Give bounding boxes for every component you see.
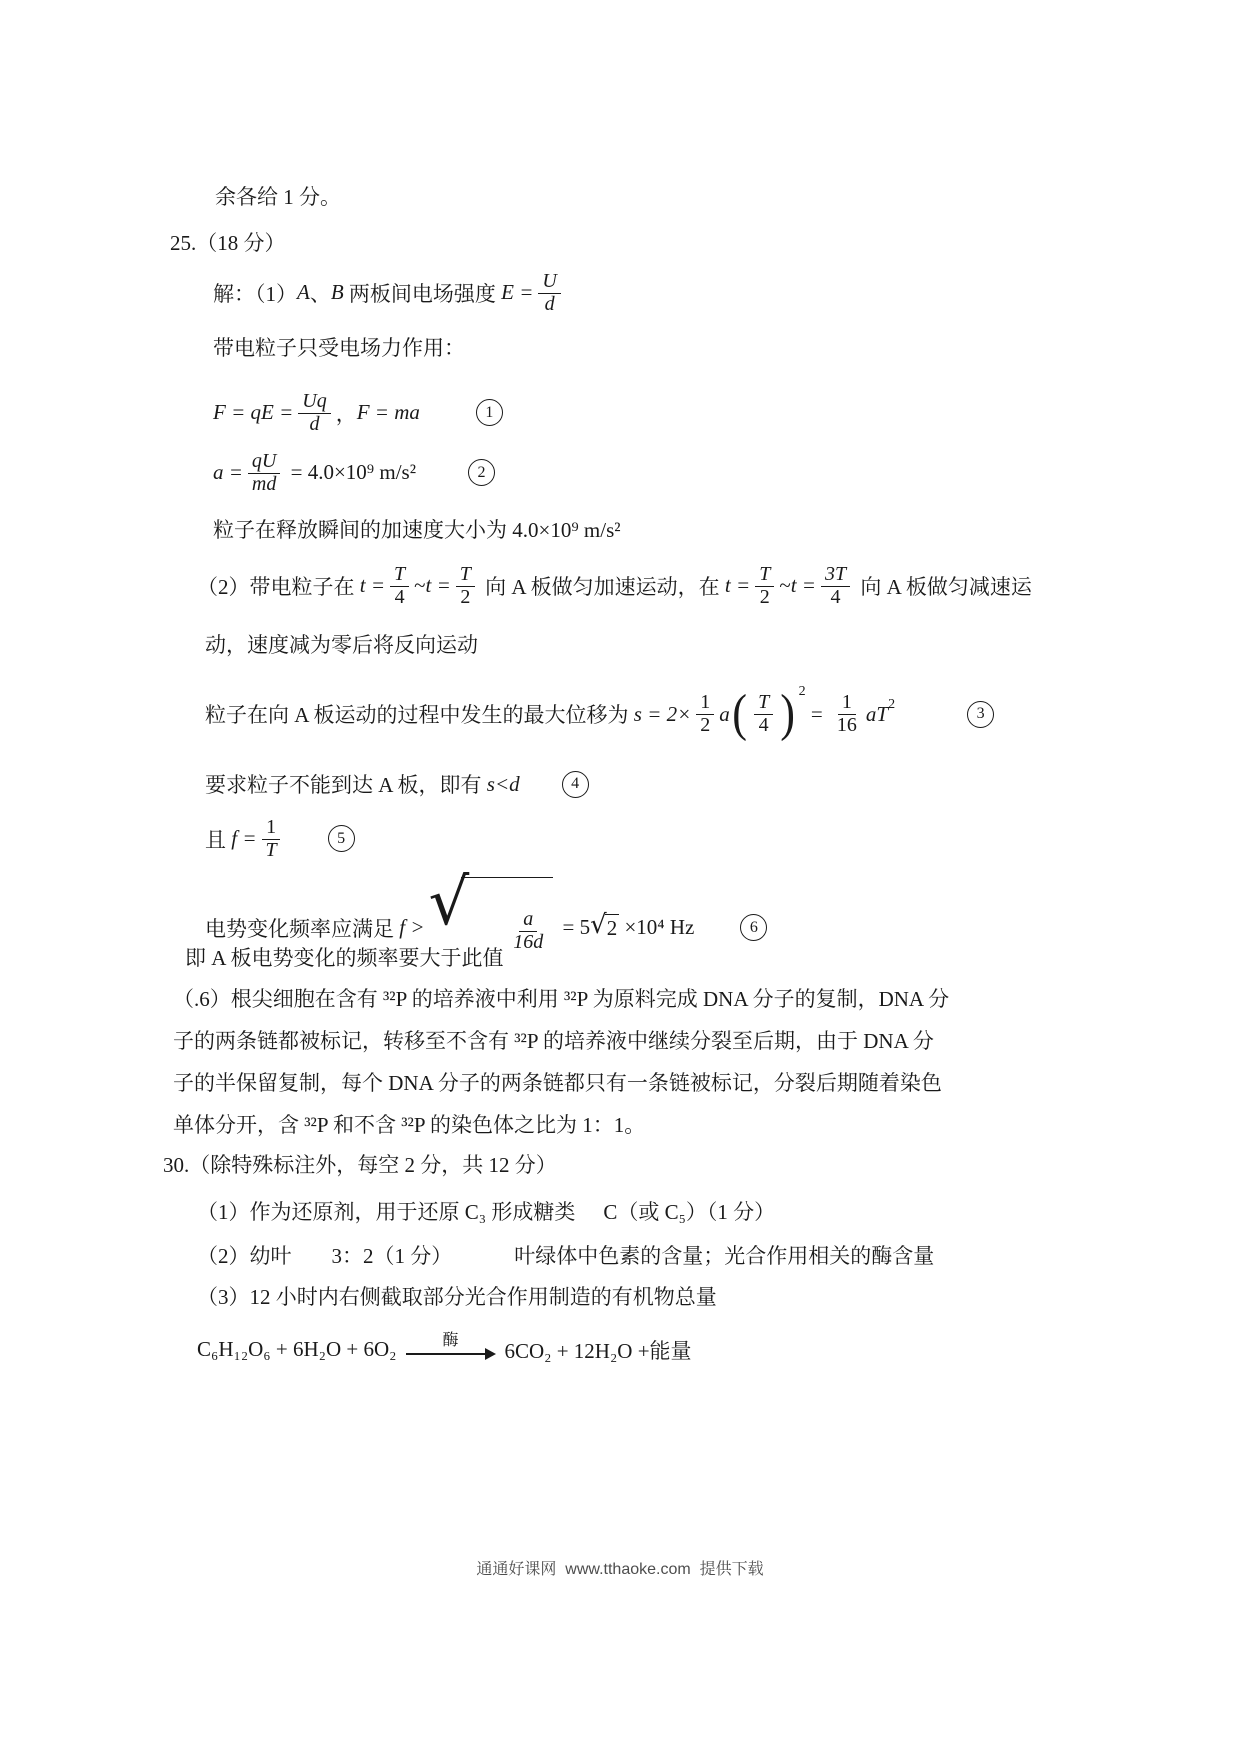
- equation-3: 粒子在向 A 板运动的过程中发生的最大位移为 s = 2× 1 2 a ( T …: [205, 688, 994, 740]
- fraction-T-over-2: T 2: [456, 563, 475, 608]
- eq3-s-equals: s = 2×: [634, 702, 692, 727]
- equation-2: a = qU md = 4.0×10⁹ m/s² 2: [213, 450, 495, 495]
- var-t-equals: t =: [791, 573, 816, 598]
- circled-6: 6: [740, 914, 767, 941]
- eq1-lhs: F = qE =: [213, 400, 293, 425]
- var-aT: aT: [866, 702, 888, 727]
- bio-line-4: 单体分开，含 ³²P 和不含 ³²P 的染色体之比为 1：1。: [173, 1104, 1073, 1146]
- q30-item2-answer-2: 3：2（1 分）: [332, 1240, 453, 1270]
- part2-line-1: （2）带电粒子在 t = T 4 ~ t = T 2 向 A 板做匀加速运动，在…: [197, 563, 1032, 608]
- eq3-prefix-text: 粒子在向 A 板运动的过程中发生的最大位移为: [205, 699, 634, 729]
- part2-text-3: 向 A 板做匀减速运: [855, 571, 1032, 601]
- page: 余各给 1 分。 25.（18 分） 解：（1）A、B 两板间电场强度 E = …: [0, 0, 1240, 1754]
- fraction-denominator: d: [541, 294, 559, 316]
- fraction-numerator: 1: [838, 691, 856, 715]
- fraction-numerator: a: [519, 908, 537, 932]
- solution-prefix: 解：（1）: [213, 278, 297, 308]
- arrow-icon: [406, 1353, 494, 1355]
- fraction-denominator: 4: [827, 587, 845, 609]
- big-right-paren: ): [781, 688, 796, 740]
- eq6-text: 电势变化频率应满足: [205, 913, 399, 943]
- bio-line-1: （.6）根尖细胞在含有 ³²P 的培养液中利用 ³²P 为原料完成 DNA 分子…: [173, 978, 1073, 1020]
- eq6-result-units: ×10⁴ Hz: [619, 915, 694, 940]
- bio-line-3: 子的半保留复制，每个 DNA 分子的两条链都只有一条链被标记，分裂后期随着染色: [173, 1062, 1073, 1104]
- footer-watermark: 通通好课网 www.tthaoke.com 提供下载: [0, 1556, 1240, 1579]
- var-t-equals: t =: [426, 573, 451, 598]
- q30-item2-answer-1: （2）幼叶: [197, 1240, 292, 1270]
- radicand: 2: [605, 914, 620, 941]
- var-B: B: [331, 280, 344, 305]
- tilde: ~: [779, 573, 790, 598]
- equation-reactants: C₆H₁₂O₆ + 6H₂O + 6O₂: [197, 1337, 396, 1362]
- circled-3: 3: [967, 701, 994, 728]
- circled-1: 1: [476, 399, 503, 426]
- q30-item1-answer: C（或 C₅）（1 分）: [603, 1196, 775, 1226]
- score-note-line: 余各给 1 分。: [215, 183, 341, 211]
- fraction-denominator: 2: [756, 587, 774, 609]
- fraction-1-over-16: 1 16: [833, 691, 861, 736]
- circled-2: 2: [468, 459, 495, 486]
- eq1-comma: ，: [336, 398, 357, 428]
- eq1-newton-law: F = ma: [357, 400, 420, 425]
- eq6-f-greater: f >: [399, 915, 424, 940]
- eq6-equals-5: = 5: [557, 915, 590, 940]
- field-strength-text: 两板间电场强度: [344, 278, 502, 308]
- fraction-numerator: qU: [248, 450, 280, 474]
- eq5-f-equals: f =: [231, 826, 256, 851]
- fraction-a-over-16d: a 16d: [509, 908, 547, 953]
- equation-5: 且 f = 1 T 5: [205, 816, 355, 861]
- fraction-numerator: 3T: [821, 563, 850, 587]
- fraction-numerator: T: [456, 563, 475, 587]
- fraction-numerator: 1: [262, 816, 280, 840]
- squared-exponent: 2: [799, 684, 806, 700]
- eq2-lhs: a =: [213, 460, 243, 485]
- cjk-comma: 、: [310, 278, 331, 308]
- var-E-equals: E =: [501, 280, 533, 305]
- fraction-denominator: 2: [456, 587, 474, 609]
- var-t-equals: t =: [725, 573, 750, 598]
- equation-4: 要求粒子不能到达 A 板，即有 s<d 4: [205, 769, 589, 799]
- part2-text-1: （2）带电粒子在: [197, 571, 360, 601]
- reaction-arrow: 酶: [406, 1331, 494, 1362]
- enzyme-label: 酶: [442, 1331, 458, 1350]
- fraction-numerator: Uq: [298, 390, 330, 414]
- q30-item-1: （1）作为还原剂，用于还原 C₃ 形成糖类 C（或 C₅）（1 分）: [197, 1196, 775, 1226]
- eq5-text: 且: [205, 824, 231, 854]
- fraction-denominator: 2: [696, 715, 714, 737]
- fraction-numerator: U: [538, 270, 560, 294]
- q25-solution-intro-formula: 解：（1）A、B 两板间电场强度 E = U d: [213, 270, 566, 315]
- eq4-inequality: s<d: [487, 772, 520, 797]
- var-a: a: [719, 702, 730, 727]
- q30-item-2: （2）幼叶 3：2（1 分） 叶绿体中色素的含量；光合作用相关的酶含量: [197, 1240, 934, 1270]
- fraction-denominator: 16d: [509, 932, 547, 954]
- fraction-T-over-4: T 4: [390, 563, 409, 608]
- fraction-numerator: T: [390, 563, 409, 587]
- var-A: A: [297, 280, 310, 305]
- fraction-U-over-d: U d: [538, 270, 560, 315]
- eq4-text: 要求粒子不能到达 A 板，即有: [205, 769, 487, 799]
- q30-item2-answer-3: 叶绿体中色素的含量；光合作用相关的酶含量: [514, 1240, 934, 1270]
- fraction-3T-over-4: 3T 4: [821, 563, 850, 608]
- fraction-denominator: 16: [833, 715, 861, 737]
- var-t-equals: t =: [360, 573, 385, 598]
- force-statement-line: 带电粒子只受电场力作用：: [213, 334, 465, 362]
- part2-text-2: 向 A 板做匀加速运动，在: [480, 571, 725, 601]
- respiration-equation: C₆H₁₂O₆ + 6H₂O + 6O₂ 酶 6CO₂ + 12H₂O +能量: [197, 1334, 692, 1365]
- fraction-Uq-over-d: Uq d: [298, 390, 330, 435]
- squared-exponent: 2: [888, 697, 895, 713]
- fraction-1-over-2: 1 2: [696, 691, 714, 736]
- fraction-1-over-T: 1 T: [262, 816, 281, 861]
- q25-conclusion-line: 即 A 板电势变化的频率要大于此值: [185, 944, 504, 972]
- q30-item-3: （3）12 小时内右侧截取部分光合作用制造的有机物总量: [197, 1283, 717, 1311]
- fraction-T-over-4: T 4: [754, 691, 773, 736]
- tilde: ~: [414, 573, 425, 598]
- q30-item1-question: （1）作为还原剂，用于还原 C₃ 形成糖类: [197, 1196, 575, 1226]
- equals-sign: =: [806, 702, 828, 727]
- fraction-numerator: T: [754, 691, 773, 715]
- acceleration-statement-line: 粒子在释放瞬间的加速度大小为 4.0×10⁹ m/s²: [213, 516, 621, 544]
- eq2-result: = 4.0×10⁹ m/s²: [285, 460, 416, 485]
- circled-4: 4: [562, 771, 589, 798]
- fraction-denominator: T: [262, 840, 281, 862]
- square-root-of-2: √ 2: [590, 914, 619, 941]
- fraction-numerator: 1: [696, 691, 714, 715]
- q30-header: 30.（除特殊标注外，每空 2 分，共 12 分）: [163, 1151, 557, 1179]
- bio-paragraph-6: （.6）根尖细胞在含有 ³²P 的培养液中利用 ³²P 为原料完成 DNA 分子…: [173, 978, 1073, 1146]
- big-left-paren: (: [732, 688, 747, 740]
- fraction-T-over-2: T 2: [755, 563, 774, 608]
- fraction-numerator: T: [755, 563, 774, 587]
- fraction-denominator: 4: [755, 715, 773, 737]
- fraction-denominator: md: [248, 474, 280, 496]
- part2-line-2: 动，速度减为零后将反向运动: [205, 631, 478, 659]
- bio-line-2: 子的两条链都被标记，转移至不含有 ³²P 的培养液中继续分裂至后期，由于 DNA…: [173, 1020, 1073, 1062]
- fraction-denominator: d: [305, 414, 323, 436]
- fraction-denominator: 4: [391, 587, 409, 609]
- fraction-qU-over-md: qU md: [248, 450, 280, 495]
- circled-5: 5: [328, 825, 355, 852]
- equation-products: 6CO₂ + 12H₂O +能量: [504, 1335, 691, 1365]
- q25-header: 25.（18 分）: [170, 229, 286, 257]
- equation-1: F = qE = Uq d ， F = ma 1: [213, 390, 503, 435]
